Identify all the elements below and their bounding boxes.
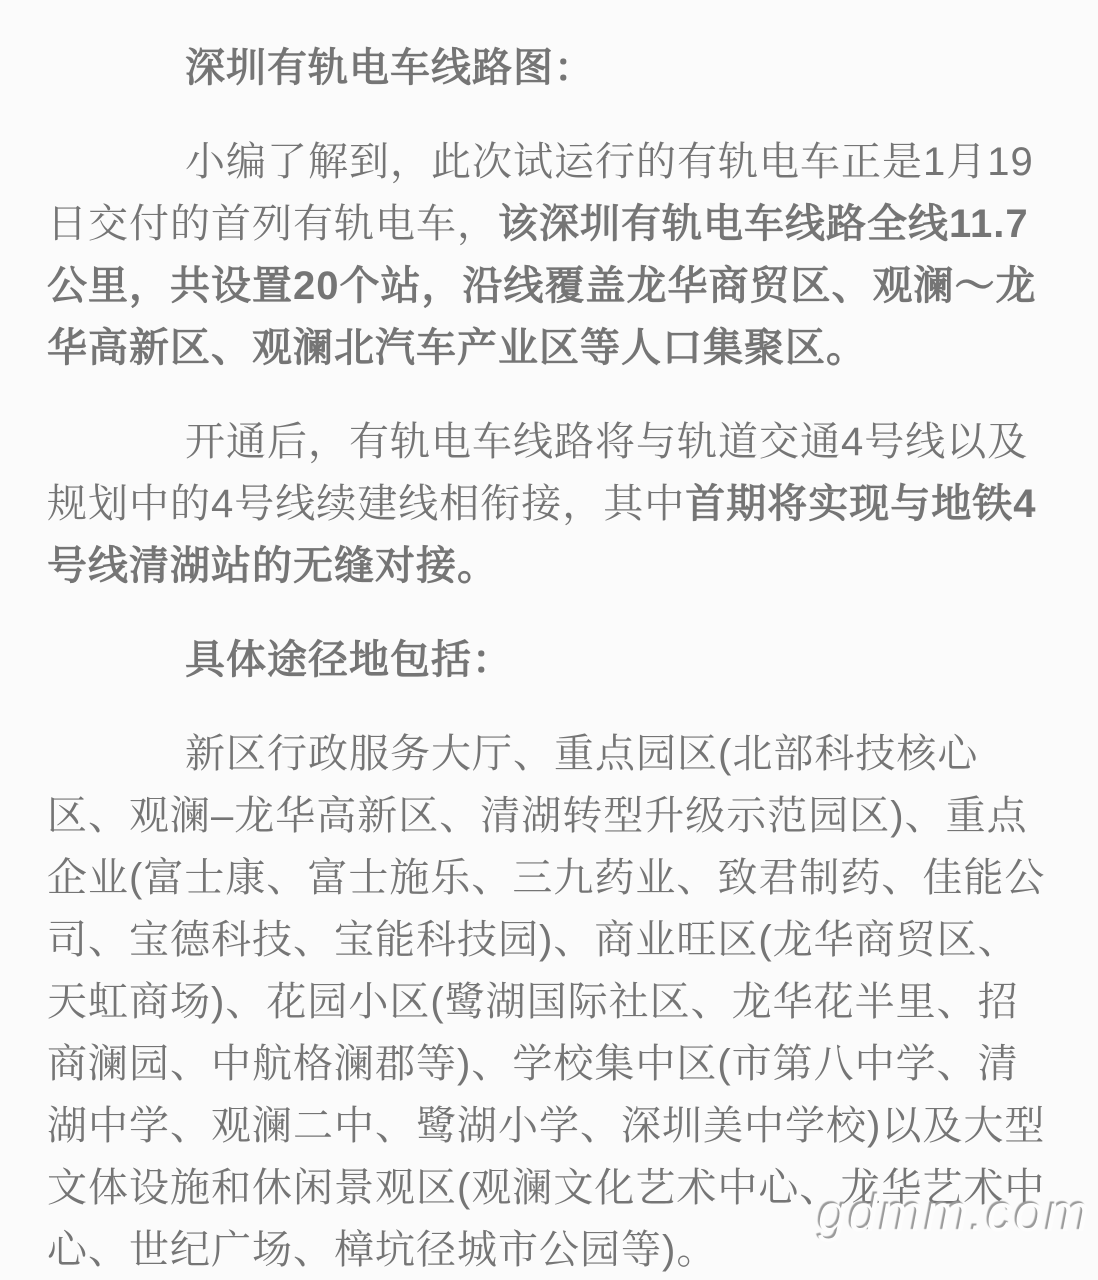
- paragraph: 小编了解到，此次试运行的有轨电车正是1月19日交付的首列有轨电车，该深圳有轨电车…: [47, 131, 1053, 379]
- article-page: { "colors": { "background": "#fbfbfb", "…: [0, 0, 1098, 1280]
- bold-text-segment: 具体途径地包括：: [185, 638, 513, 682]
- article-body: 小编了解到，此次试运行的有轨电车正是1月19日交付的首列有轨电车，该深圳有轨电车…: [47, 131, 1053, 1280]
- article-title: 深圳有轨电车线路图：: [47, 37, 1053, 99]
- watermark: gdmm.com: [818, 1184, 1091, 1244]
- article: 深圳有轨电车线路图： 小编了解到，此次试运行的有轨电车正是1月19日交付的首列有…: [0, 0, 1098, 1280]
- paragraph: 开通后，有轨电车线路将与轨道交通4号线以及规划中的4号线续建线相衔接，其中首期将…: [47, 411, 1053, 597]
- section-heading: 具体途径地包括：: [47, 629, 1053, 691]
